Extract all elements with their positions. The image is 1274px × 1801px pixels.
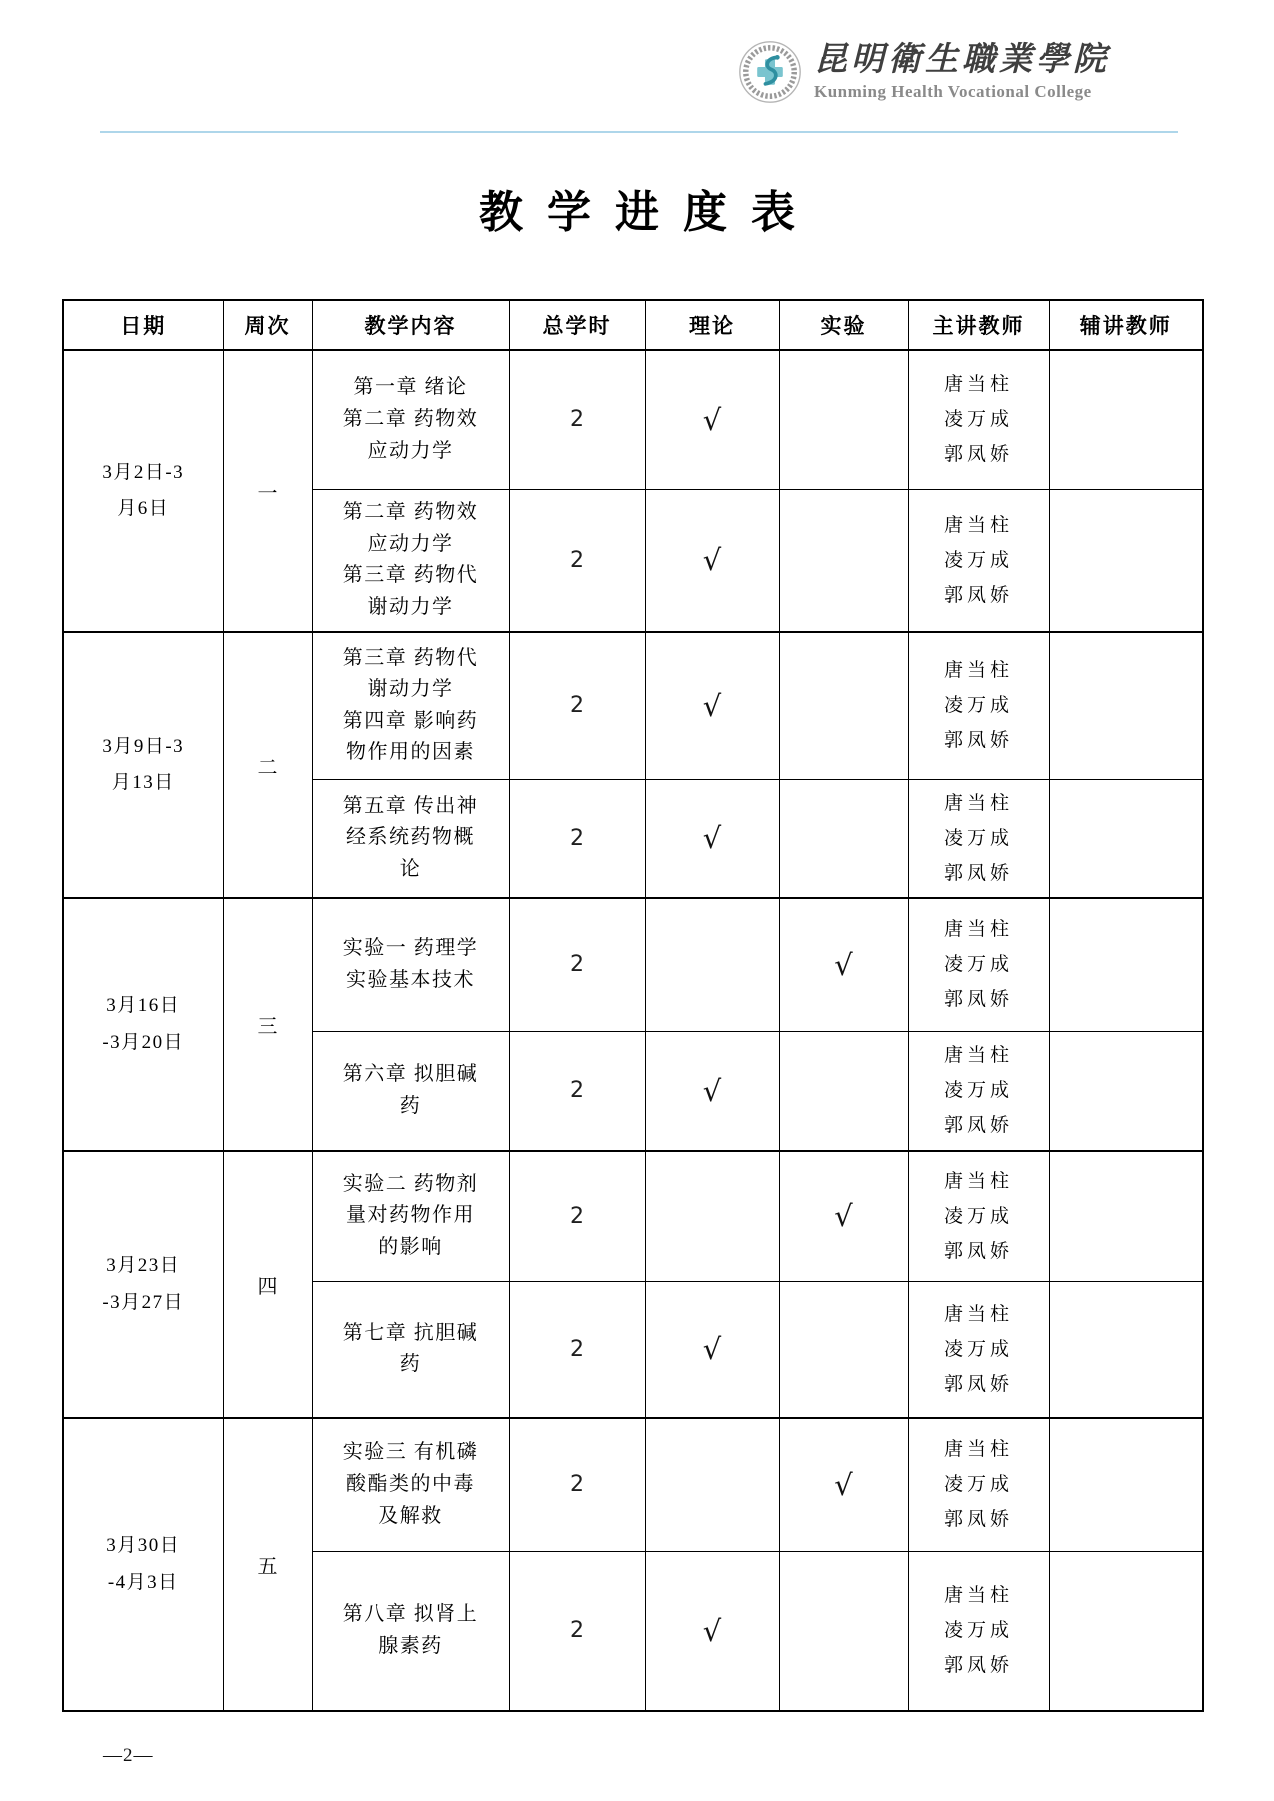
hours-cell: 2 xyxy=(509,489,645,632)
main-teacher-cell: 唐当柱 凌万成 郭凤娇 xyxy=(908,1281,1049,1418)
experiment-check-cell xyxy=(779,1031,908,1151)
assistant-teacher-cell xyxy=(1049,632,1203,779)
assistant-teacher-cell xyxy=(1049,1281,1203,1418)
experiment-check-cell: √ xyxy=(779,1418,908,1551)
main-teacher-cell: 唐当柱 凌万成 郭凤娇 xyxy=(908,489,1049,632)
assistant-teacher-cell xyxy=(1049,1031,1203,1151)
theory-check-cell: √ xyxy=(645,350,779,489)
document-page: 昆明衛生職業學院 Kunming Health Vocational Colle… xyxy=(0,0,1274,1801)
experiment-check-cell xyxy=(779,779,908,898)
assistant-teacher-cell xyxy=(1049,1551,1203,1711)
assistant-teacher-cell xyxy=(1049,1151,1203,1281)
header-row: 日期 周次 教学内容 总学时 理论 实验 主讲教师 辅讲教师 xyxy=(63,300,1203,350)
experiment-check-cell xyxy=(779,1281,908,1418)
header-divider xyxy=(100,131,1178,133)
hours-cell: 2 xyxy=(509,1151,645,1281)
col-header-theory: 理论 xyxy=(645,300,779,350)
content-cell: 实验二 药物剂 量对药物作用 的影响 xyxy=(312,1151,509,1281)
table-row: 3月2日-3 月6日 一 第一章 绪论 第二章 药物效 应动力学 2 √ 唐当柱… xyxy=(63,350,1203,489)
col-header-hours: 总学时 xyxy=(509,300,645,350)
hours-cell: 2 xyxy=(509,898,645,1031)
hours-cell: 2 xyxy=(509,1551,645,1711)
content-cell: 第七章 抗胆碱 药 xyxy=(312,1281,509,1418)
week-cell: 二 xyxy=(223,632,312,898)
table-row: 3月16日 -3月20日 三 实验一 药理学 实验基本技术 2 √ 唐当柱 凌万… xyxy=(63,898,1203,1031)
page-title: 教学进度表 xyxy=(0,176,1274,240)
content-cell: 第六章 拟胆碱 药 xyxy=(312,1031,509,1151)
schedule-table: 日期 周次 教学内容 总学时 理论 实验 主讲教师 辅讲教师 3月2日-3 月6… xyxy=(62,299,1204,1712)
college-name-zh: 昆明衛生職業學院 xyxy=(814,42,1110,78)
theory-check-cell: √ xyxy=(645,489,779,632)
week-cell: 四 xyxy=(223,1151,312,1418)
theory-check-cell: √ xyxy=(645,779,779,898)
date-cell: 3月9日-3 月13日 xyxy=(63,632,223,898)
col-header-week: 周次 xyxy=(223,300,312,350)
theory-check-cell: √ xyxy=(645,1551,779,1711)
main-teacher-cell: 唐当柱 凌万成 郭凤娇 xyxy=(908,350,1049,489)
experiment-check-cell xyxy=(779,489,908,632)
date-cell: 3月16日 -3月20日 xyxy=(63,898,223,1151)
theory-check-cell xyxy=(645,898,779,1031)
main-teacher-cell: 唐当柱 凌万成 郭凤娇 xyxy=(908,1031,1049,1151)
content-cell: 第一章 绪论 第二章 药物效 应动力学 xyxy=(312,350,509,489)
experiment-check-cell xyxy=(779,1551,908,1711)
table-row: 3月23日 -3月27日 四 实验二 药物剂 量对药物作用 的影响 2 √ 唐当… xyxy=(63,1151,1203,1281)
col-header-content: 教学内容 xyxy=(312,300,509,350)
hours-cell: 2 xyxy=(509,1281,645,1418)
week-cell: 一 xyxy=(223,350,312,632)
assistant-teacher-cell xyxy=(1049,1418,1203,1551)
main-teacher-cell: 唐当柱 凌万成 郭凤娇 xyxy=(908,1418,1049,1551)
main-teacher-cell: 唐当柱 凌万成 郭凤娇 xyxy=(908,632,1049,779)
theory-check-cell xyxy=(645,1418,779,1551)
assistant-teacher-cell xyxy=(1049,898,1203,1031)
main-teacher-cell: 唐当柱 凌万成 郭凤娇 xyxy=(908,1551,1049,1711)
date-cell: 3月30日 -4月3日 xyxy=(63,1418,223,1711)
date-cell: 3月2日-3 月6日 xyxy=(63,350,223,632)
theory-check-cell xyxy=(645,1151,779,1281)
main-teacher-cell: 唐当柱 凌万成 郭凤娇 xyxy=(908,1151,1049,1281)
col-header-date: 日期 xyxy=(63,300,223,350)
table-row: 3月9日-3 月13日 二 第三章 药物代 谢动力学 第四章 影响药 物作用的因… xyxy=(63,632,1203,779)
hours-cell: 2 xyxy=(509,779,645,898)
date-cell: 3月23日 -3月27日 xyxy=(63,1151,223,1418)
college-logo: 昆明衛生職業學院 Kunming Health Vocational Colle… xyxy=(738,40,1110,104)
content-cell: 第二章 药物效 应动力学 第三章 药物代 谢动力学 xyxy=(312,489,509,632)
col-header-assistant-teacher: 辅讲教师 xyxy=(1049,300,1203,350)
experiment-check-cell xyxy=(779,350,908,489)
college-name-block: 昆明衛生職業學院 Kunming Health Vocational Colle… xyxy=(814,42,1110,102)
college-name-en: Kunming Health Vocational College xyxy=(814,82,1092,102)
week-cell: 五 xyxy=(223,1418,312,1711)
content-cell: 第五章 传出神 经系统药物概 论 xyxy=(312,779,509,898)
hours-cell: 2 xyxy=(509,1031,645,1151)
main-teacher-cell: 唐当柱 凌万成 郭凤娇 xyxy=(908,779,1049,898)
content-cell: 第三章 药物代 谢动力学 第四章 影响药 物作用的因素 xyxy=(312,632,509,779)
assistant-teacher-cell xyxy=(1049,350,1203,489)
experiment-check-cell xyxy=(779,632,908,779)
hours-cell: 2 xyxy=(509,350,645,489)
hours-cell: 2 xyxy=(509,632,645,779)
hours-cell: 2 xyxy=(509,1418,645,1551)
experiment-check-cell: √ xyxy=(779,1151,908,1281)
table-row: 3月30日 -4月3日 五 实验三 有机磷 酸酯类的中毒 及解救 2 √ 唐当柱… xyxy=(63,1418,1203,1551)
content-cell: 实验一 药理学 实验基本技术 xyxy=(312,898,509,1031)
college-emblem-icon xyxy=(738,40,802,104)
theory-check-cell: √ xyxy=(645,1031,779,1151)
col-header-experiment: 实验 xyxy=(779,300,908,350)
experiment-check-cell: √ xyxy=(779,898,908,1031)
theory-check-cell: √ xyxy=(645,1281,779,1418)
content-cell: 第八章 拟肾上 腺素药 xyxy=(312,1551,509,1711)
week-cell: 三 xyxy=(223,898,312,1151)
theory-check-cell: √ xyxy=(645,632,779,779)
col-header-main-teacher: 主讲教师 xyxy=(908,300,1049,350)
page-number: —2— xyxy=(103,1745,154,1767)
assistant-teacher-cell xyxy=(1049,489,1203,632)
assistant-teacher-cell xyxy=(1049,779,1203,898)
main-teacher-cell: 唐当柱 凌万成 郭凤娇 xyxy=(908,898,1049,1031)
content-cell: 实验三 有机磷 酸酯类的中毒 及解救 xyxy=(312,1418,509,1551)
